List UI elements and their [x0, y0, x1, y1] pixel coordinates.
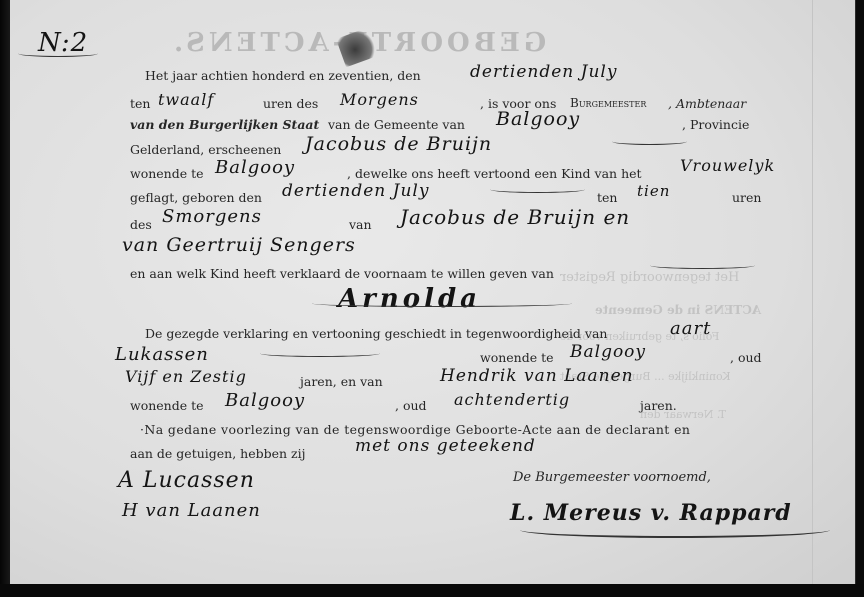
line-11-witness1-first: aart: [670, 318, 711, 339]
line-4-gelderland: Gelderland, erscheenen: [130, 142, 281, 157]
bleed-line-2: ACTENS in de Gemeente: [595, 303, 761, 317]
line-5-wonende: wonende te: [130, 166, 204, 181]
line-3-provincie: , Provincie: [682, 117, 749, 132]
line-3-gemeente: van de Gemeente van: [328, 117, 465, 132]
line-2-uren-des: uren des: [263, 96, 318, 111]
line-2-ten: ten: [130, 96, 150, 111]
line-5-vertoond: , dewelke ons heeft vertoond een Kind va…: [347, 166, 642, 181]
paper-fold: [812, 0, 813, 584]
line-5-residence: Balgooy: [215, 157, 295, 178]
bleed-line-1: Het tegenwoordig Register: [560, 270, 739, 285]
line-3-municipality: Balgooy: [496, 108, 580, 130]
line-7-des: des: [130, 217, 152, 232]
line-14-jaren: jaren.: [640, 398, 677, 413]
line-16-getuigen: aan de getuigen, hebben zij: [130, 446, 306, 461]
line-16-signed: met ons geteekend: [355, 436, 536, 456]
line-2-ambtenaar: , Ambtenaar: [668, 96, 746, 111]
signature-witness-1: A Lucassen: [118, 468, 255, 493]
line-12-residence: Balgooy: [570, 342, 646, 362]
line-12-witness1-last: Lukassen: [115, 344, 209, 365]
scan-border-right: [856, 0, 864, 597]
line-6-geboren: geflagt, geboren den: [130, 190, 262, 205]
line-12-oud: , oud: [730, 350, 762, 365]
line-9-voornaam: en aan welk Kind heeft verklaard de voor…: [130, 266, 554, 281]
line-13-jaren: jaren, en van: [300, 374, 383, 389]
line-2-daypart: Morgens: [340, 90, 419, 109]
line-6-birthdate: dertienden July: [282, 181, 429, 201]
line-11-verklaring: De gezegde verklaring en vertooning gesc…: [145, 326, 607, 341]
line-6-ten: ten: [597, 190, 617, 205]
line-12-wonende: wonende te: [480, 350, 554, 365]
line-13-witness1-age: Vijf en Zestig: [125, 367, 247, 386]
closing-formula: De Burgemeester voornoemd,: [513, 470, 711, 485]
scan-border-bottom: [0, 584, 864, 597]
line-4-flourish: [612, 138, 687, 145]
line-1-date: dertienden July: [470, 62, 617, 82]
line-14-wonende: wonende te: [130, 398, 204, 413]
line-14-residence: Balgooy: [225, 390, 305, 411]
line-6-flourish: [490, 186, 585, 193]
line-6-uren: uren: [732, 190, 761, 205]
line-14-witness2-age: achtendertig: [454, 390, 570, 409]
line-14-oud: , oud: [395, 398, 427, 413]
number-flourish: [18, 50, 98, 57]
line-6-hour: tien: [637, 182, 670, 200]
line-1-printed: Het jaar achtien honderd en zeventien, d…: [145, 68, 421, 83]
child-name: Arnolda: [338, 284, 481, 314]
line-12-flourish: [260, 350, 380, 357]
line-3-staat: van den Burgerlijken Staat: [130, 117, 319, 132]
line-4-father: Jacobus de Bruijn: [305, 133, 492, 155]
line-7-daypart: Smorgens: [162, 206, 262, 227]
line-8-mother: van Geertruij Sengers: [122, 234, 356, 256]
signature-witness-2: H van Laanen: [122, 500, 261, 521]
line-2-hour: twaalf: [158, 90, 214, 109]
child-name-flourish: [312, 300, 572, 307]
line-9-flourish: [650, 262, 755, 269]
signature-mayor-flourish: [520, 522, 830, 538]
line-15-voorlezing: ·Na gedane voorlezing van de tegenswoord…: [140, 422, 690, 437]
line-2-burgemeester: Burgemeester: [570, 96, 646, 110]
line-13-witness2: Hendrik van Laanen: [440, 366, 634, 386]
line-5-sex: Vrouwelyk: [680, 156, 775, 175]
line-7-father: Jacobus de Bruijn en: [400, 205, 630, 229]
line-7-van: van: [349, 217, 372, 232]
